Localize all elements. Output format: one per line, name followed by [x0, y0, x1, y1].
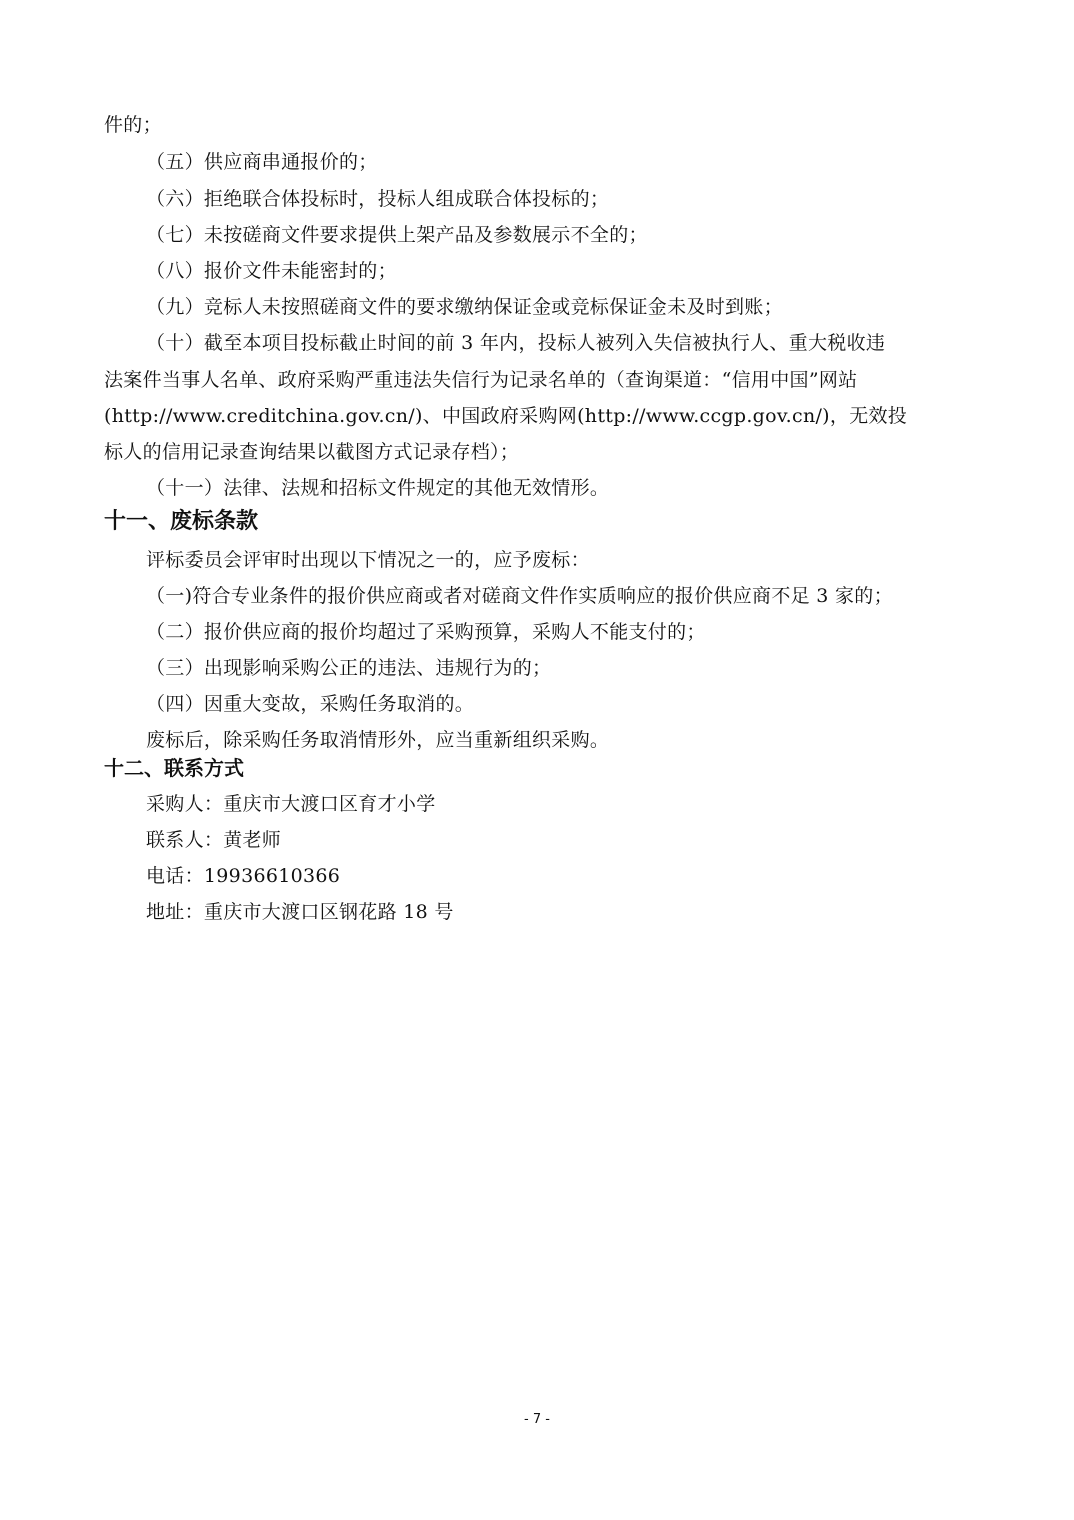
- contact-purchaser: 采购人：重庆市大渡口区育才小学: [146, 792, 436, 816]
- list-item-line: 法案件当事人名单、政府采购严重违法失信行为记录名单的（查询渠道：“信用中国”网站: [104, 368, 857, 392]
- list-item-line: 标人的信用记录查询结果以截图方式记录存档）；: [104, 440, 519, 464]
- section-heading: 十二、联系方式: [104, 755, 244, 781]
- list-item: （二）报价供应商的报价均超过了采购预算，采购人不能支付的；: [146, 620, 706, 644]
- paragraph-continuation: 件的；: [104, 113, 162, 137]
- list-item-line: （十）截至本项目投标截止时间的前 3 年内，投标人被列入失信被执行人、重大税收违: [146, 331, 885, 355]
- list-item: （八）报价文件未能密封的；: [146, 259, 397, 283]
- section-heading: 十一、废标条款: [104, 509, 258, 535]
- list-item: （五）供应商串通报价的；: [146, 150, 378, 174]
- list-item: （三）出现影响采购公正的违法、违规行为的；: [146, 656, 551, 680]
- list-item: （四）因重大变故，采购任务取消的。: [146, 692, 474, 716]
- list-item: （七）未按磋商文件要求提供上架产品及参数展示不全的；: [146, 223, 648, 247]
- list-item: （十一）法律、法规和招标文件规定的其他无效情形。: [146, 476, 609, 500]
- page-number: - 7 -: [0, 1412, 1074, 1427]
- list-item-line: (http://www.creditchina.gov.cn/)、中国政府采购网…: [104, 404, 907, 428]
- list-item: （一)符合专业条件的报价供应商或者对磋商文件作实质响应的报价供应商不足 3 家的…: [146, 584, 893, 608]
- paragraph: 评标委员会评审时出现以下情况之一的，应予废标：: [146, 548, 590, 572]
- list-item: （六）拒绝联合体投标时，投标人组成联合体投标的；: [146, 187, 609, 211]
- contact-address: 地址：重庆市大渡口区钢花路 18 号: [146, 900, 454, 924]
- contact-person: 联系人：黄老师: [146, 828, 281, 852]
- paragraph: 废标后，除采购任务取消情形外，应当重新组织采购。: [146, 728, 609, 752]
- list-item: （九）竞标人未按照磋商文件的要求缴纳保证金或竞标保证金未及时到账；: [146, 295, 783, 319]
- contact-phone: 电话：19936610366: [146, 864, 340, 888]
